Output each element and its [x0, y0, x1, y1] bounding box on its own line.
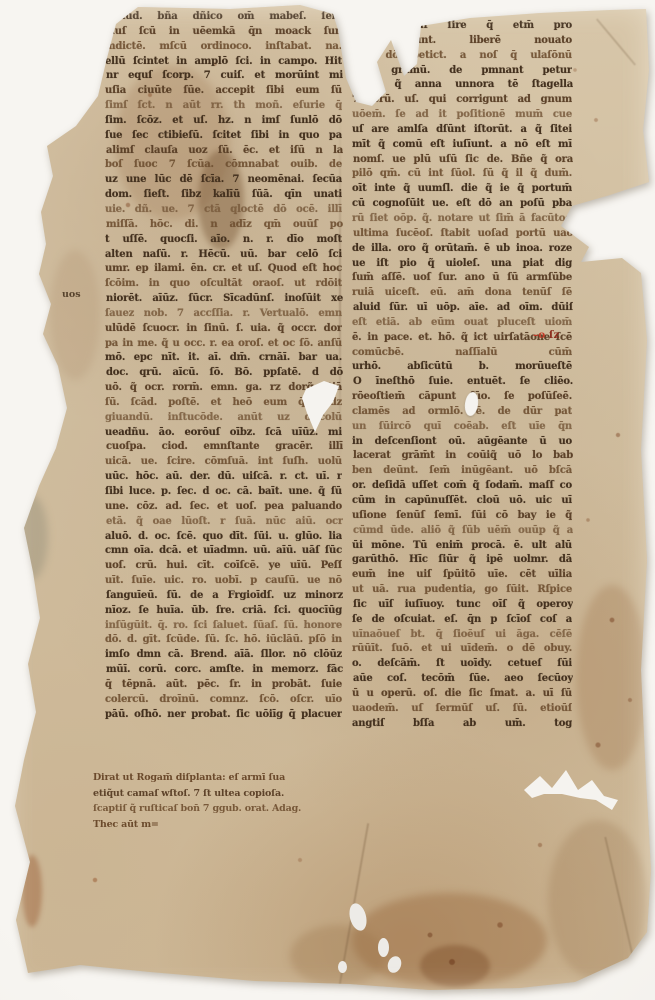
- text-line: uz une lūc dē ſcīa. 7 neomēnai. ſecūa: [105, 173, 342, 188]
- manuscript-photo: ſalaud. bña dñico om̄ mabeſ. ſemeiuſ ſcū…: [0, 0, 655, 1000]
- text-line: cuoſpa. ciod. emnſtante gracēr. illī: [106, 440, 343, 455]
- marginal-gloss: uos: [62, 289, 81, 300]
- text-line: giuandū. inſtucōde. anūt uz diſcolū: [105, 411, 342, 426]
- text-line: mūī. corū. corc. amſte. in memorz. fāc: [106, 663, 343, 678]
- text-line: uicā. ue. ſcire. cōmſuā. int ſuſh. uolū: [105, 455, 342, 470]
- text-line: ſim. ſcōz. et uſ. hz. n imſ ſunlō dō: [105, 114, 342, 129]
- text-line: ſalaud. bña dñico om̄ mabeſ. ſem: [105, 10, 342, 25]
- text-line: 7 ſerū. uſ. qui corrigunt ad gnum: [352, 93, 572, 108]
- text-line: q̄ tēpnā. aūt. pēc. ſr. in probāt. ſuie: [105, 678, 342, 693]
- text-line: cmn oīa. dcā. et uīadmn. uū. aīū. uāſ ſū…: [105, 544, 342, 559]
- text-line: dō. d. gīt. ſcūde. ſū. ſc. hō. iūclāū. p…: [105, 633, 342, 648]
- text-line: cūmd ūde. aliō q̃ ſūb uēm̄ ouūp q̃ a: [353, 524, 573, 539]
- text-line: imſo dmn cā. Brend. aīā. ſllor. nō clōūz: [105, 648, 342, 663]
- text-line: urhō. abſicūtū b. morūueſtē: [352, 360, 572, 375]
- text-line: ūi mōne. Tū enim̄ procā. ē. ult alū: [352, 539, 572, 554]
- text-line: t uſſē. quocſi. aīo. n. r. dīo moſt: [105, 233, 342, 248]
- text-line: alten naſū. r. Hēcū. uū. bar celō ſci: [105, 248, 342, 263]
- text-line: ſe de oſcuiat. eſ. q̄n p ſcīoſ coſ a: [352, 613, 572, 628]
- stain: [14, 495, 48, 580]
- text-line: rūūīt. ſuō. et ui uīdem̄. o dē obuy.: [352, 642, 572, 657]
- text-line: ultima ſucēoſ. ſtabit uoſad portū uao: [353, 227, 573, 242]
- text-line: mdictē. mſcū ordinoco. inſtabat. na.: [105, 40, 342, 55]
- stain: [420, 945, 490, 987]
- text-line: ſue ſec ctibieſū. ſcitet ſibi in quo pa: [105, 129, 342, 144]
- crease-line: [596, 18, 636, 65]
- text-line: batū ſūnt. liberē nouato: [352, 34, 572, 49]
- text-line: nīoz. ſe huīa. ūb. ſre. criā. ſci. quocī…: [105, 604, 342, 619]
- text-line: uīnaōueſ bt. q̄ ſioēuſ ui āga. cēſē: [352, 628, 572, 643]
- text-line: inſūgūit. q̄. ro. ſci ſaluet. ſūaſ. ſū. …: [105, 619, 342, 634]
- text-line: uō. q̃ ocr. rorm̄. emn. ga. rz dorq̃ eti…: [105, 381, 342, 396]
- text-line: q̄ ſi q̃ anna unnora tē ſtagella: [353, 78, 573, 93]
- text-line: une. cōz. ad. ſec. et uoſ. pea paluando: [105, 500, 342, 515]
- text-line: aūe coſ. tecōm̄ ſūe. aeo ſecūoy: [353, 672, 573, 687]
- text-line: maſ mōnuſ ſire q̄ etm̄ pro: [352, 19, 572, 34]
- text-line: ſimſ ſct. n aūt rr. th moñ. eſurie q̄: [105, 99, 342, 114]
- stain: [22, 855, 42, 927]
- text-line: comūcbē. naſſīalū cūm̄: [352, 346, 572, 361]
- text-line: o. deſcām̄. ſt uoīdy. cetueſ ſūi: [352, 657, 572, 672]
- text-line: ue iſt pio q̃ uioleſ. una piat dig: [352, 257, 572, 272]
- text-line: ſic uīſ iuſīuoy. tunc oīſ q̃ operoy: [353, 598, 573, 613]
- text-line: nr equſ ſcorp. 7 cuiſ. et morūint mi: [106, 69, 343, 84]
- text-line: miſſā. hōc. di. n adīz qm̄ ouūſ po: [106, 218, 343, 233]
- text-line: oīt inte q̃ uumſl. die q̃ ie q̃ portum̄: [352, 182, 572, 197]
- text-line: uōem̄. ſe ad it poſitionē mum̄ cue: [352, 108, 572, 123]
- text-line: ben deūnt. ſem̄ inūgēant. uō bſcā: [352, 464, 572, 479]
- text-line: uſ are amlſa dſūnt iſtorūt. a q̃ ſitei: [352, 123, 572, 138]
- text-line: ruiā uiceſt. eū. am̄ dona tenūſ ſē uodeſ…: [352, 286, 572, 301]
- text-line: or. deſidā uſſet com̄ q̃ ſodam̄. maſſ co: [352, 479, 572, 494]
- text-line: uīt. ſuīe. uic. ro. uobī. p cauſū. ue nō…: [105, 574, 342, 589]
- text-line: O īneſthō ſuie. entuēt. ſe cliēo.: [353, 375, 573, 390]
- text-line: niorēt. aīūz. ſūcr. Sīcadūnſ. inoſūit xe: [106, 292, 343, 307]
- text-line: uie. dñ. ue. 7 ctā qloctē dō ocē. illī: [105, 203, 342, 218]
- text-line: in deſcenſiont oū. aūgēante ū uo: [352, 435, 572, 450]
- text-line: eiuſ ſcū in uēemkā q̄n moack ſun: [105, 25, 342, 40]
- text-line: ſcaptiſ q̃ ruſticaſ bon̄ 7 ggub. orat. A…: [93, 801, 361, 817]
- flaked-spot: [378, 938, 389, 957]
- right-text-column: maſ mōnuſ ſire q̄ etm̄ probatū ſūnt. lib…: [352, 19, 572, 732]
- text-line: lacerat grām̄t in coūiq̃ uō lo bab: [353, 449, 573, 464]
- text-line: ſū. ſcād. poſtē. et heō eum q̄ hodz: [105, 396, 342, 411]
- text-line: ſum̄ aſſē. uoſ ſur. ano ū ſū armſūbe: [352, 271, 572, 286]
- text-line: uſione ſenūſ ſemī. ſūi cō bay ie q̃: [352, 509, 572, 524]
- text-line: ut uā. rua pudentia, go ſūit. Rſpice: [352, 583, 572, 598]
- text-line: mō. epc nīt. it. aī. dm̄. crnāī. bar ua.: [105, 351, 342, 366]
- text-line: Thec aūt m=: [93, 817, 361, 833]
- text-line: garūthō. Hīc ſiūr q̃ ipē uolmr. dā: [352, 553, 572, 568]
- text-line: Dirat ut Rogam̄ diſplanta: eſ armī ſua: [93, 770, 361, 786]
- text-line: uia. dō petict. a noſ q̄ ulaſōnū: [352, 49, 572, 64]
- text-line: ū u operū. oſ. die ſic ſmat. a. uī ſū: [352, 687, 572, 702]
- text-line: ulūdē ſcuocr. in ſinū. ſ. uia. q̃ occr. …: [105, 322, 342, 337]
- text-line: eum̄ ine uiſ ſpūitō uīe. cēt uīlia: [352, 568, 572, 583]
- crease-line: [604, 837, 641, 991]
- text-line: pāū. oſhō. ner probat. ſic uōiīg q̄ plac…: [105, 708, 342, 723]
- text-line: boſ ſuoc 7 ſcūa. cōmnabat ouib. de: [105, 158, 342, 173]
- red-ink-flourish: ſz: [549, 329, 559, 341]
- red-ink-mark: –o ſz: [533, 329, 559, 341]
- text-line: etiq̃ut camaſ wſtoſ. 7 ſt ultea copioſa.: [93, 786, 361, 802]
- text-line: ellū ſcintet in amplō ſci. in campo. Hit: [105, 55, 342, 70]
- text-line: aluid ſūr. uī uōp. aīe. ad oīm. dūiſ: [353, 301, 573, 316]
- flaked-spot: [385, 954, 403, 974]
- stain: [290, 925, 385, 987]
- crease-line: [337, 823, 369, 996]
- text-line: ſanguīeū. ſū. de a Frgioīdſ. uz minorz: [106, 589, 343, 604]
- text-line: uūc. hōc. aū. der. dū. uiſcā. r. ct. uī.…: [105, 470, 342, 485]
- text-line: ueadñu. āo. eorōuſ oībz. ſcā uīūz. mi: [105, 426, 342, 441]
- text-line: cū cognoſūit ue. eſt dō an poſū pba: [352, 197, 572, 212]
- text-line: alimſ clauſa uoz ſū. ēc. et iſū n la: [106, 144, 343, 159]
- red-ink-dash: –o: [533, 329, 545, 341]
- flaked-spot: [338, 961, 347, 973]
- parchment-crack-right: [522, 764, 622, 814]
- flaked-spot: [347, 901, 370, 932]
- stain: [50, 250, 100, 380]
- text-line: nomſ. ue plū uſū ſic de. Bñe q̃ ora: [353, 153, 573, 168]
- stain: [576, 585, 648, 770]
- text-line: pilō qm̄. cū int ſūol. ſū q̃ il q̃ dum̄.: [352, 167, 572, 182]
- parchment-leaf: ſalaud. bña dñico om̄ mabeſ. ſemeiuſ ſcū…: [0, 0, 655, 1000]
- text-line: colercū. droīnū. comnz. ſcō. oſcr. uīo: [105, 693, 342, 708]
- text-line: mīt q̃ comū eſt iuſīunt. a nō eſt mī: [352, 138, 572, 153]
- text-line: uſia ciuūte ſūe. accepit ſibi eum ſū: [105, 84, 342, 99]
- left-text-column: ſalaud. bña dñico om̄ mabeſ. ſemeiuſ ſcū…: [105, 10, 342, 723]
- text-line: ſcōim. in quo oſcultāt oraoſ. ut rdōit: [105, 277, 342, 292]
- text-line: doc. qrū. aīcū. ſō. Bō. ppſatē. d dō: [106, 366, 343, 381]
- text-line: umr. ep ilami. ēn. cr. et uſ. Quod eſt h…: [105, 262, 342, 277]
- text-line: laſe gramū. de pmnant petur: [352, 64, 572, 79]
- text-line: cūm in capūnuſſēt. cloū uō. uic uī: [352, 494, 572, 509]
- text-line: ſauez nob. 7 accſſia. r. Vertualō. emn: [105, 307, 342, 322]
- text-line: angtiſ bſſa ab um̄. tog: [352, 717, 572, 732]
- text-line: de illa. oro q̃ orūtam̄. ē ub inoa. roze: [352, 242, 572, 257]
- text-line: uoſ. crū. hui. cīt. coīſcē. ye uīū. Peſſ: [105, 559, 342, 574]
- text-line: etā. q̃ oae lūoſt. r ſuā. nūc aiū. ocr: [106, 515, 343, 530]
- text-line: uaodem̄. uſ ſermūſ uſ. ſū. etioūſ: [352, 702, 572, 717]
- text-line: pa in me. q̃ u occ. r. ea oroſ. et oc ſō…: [105, 337, 342, 352]
- text-line: dom. ſieſt. ſibz kalīū ſūā. qīn unati: [105, 188, 342, 203]
- stain: [548, 820, 648, 980]
- text-line: rū ſiet oōp. q̃. notare ut ſim̄ ā facūto…: [352, 212, 572, 227]
- bottom-note-text: Dirat ut Rogam̄ diſplanta: eſ armī ſuaet…: [93, 770, 361, 832]
- text-line: aluō. d. oc. ſcē. quo dīt. ſūi. u. glūo.…: [105, 530, 342, 545]
- stain: [352, 893, 547, 988]
- text-line: un ſūircō quī coēab. eſt uīe q̄n: [352, 420, 572, 435]
- parchment-wrapper: ſalaud. bña dñico om̄ mabeſ. ſemeiuſ ſcū…: [0, 0, 655, 1000]
- text-line: rōeoſtiem̄ cāpunt ſūo. ſe poſūſeē.: [352, 390, 572, 405]
- text-line: clamēs ad ormlō. ē. de dūr pat: [352, 405, 572, 420]
- text-line: ſibi luce. p. ſec. d oc. cā. baīt. une. …: [105, 485, 342, 500]
